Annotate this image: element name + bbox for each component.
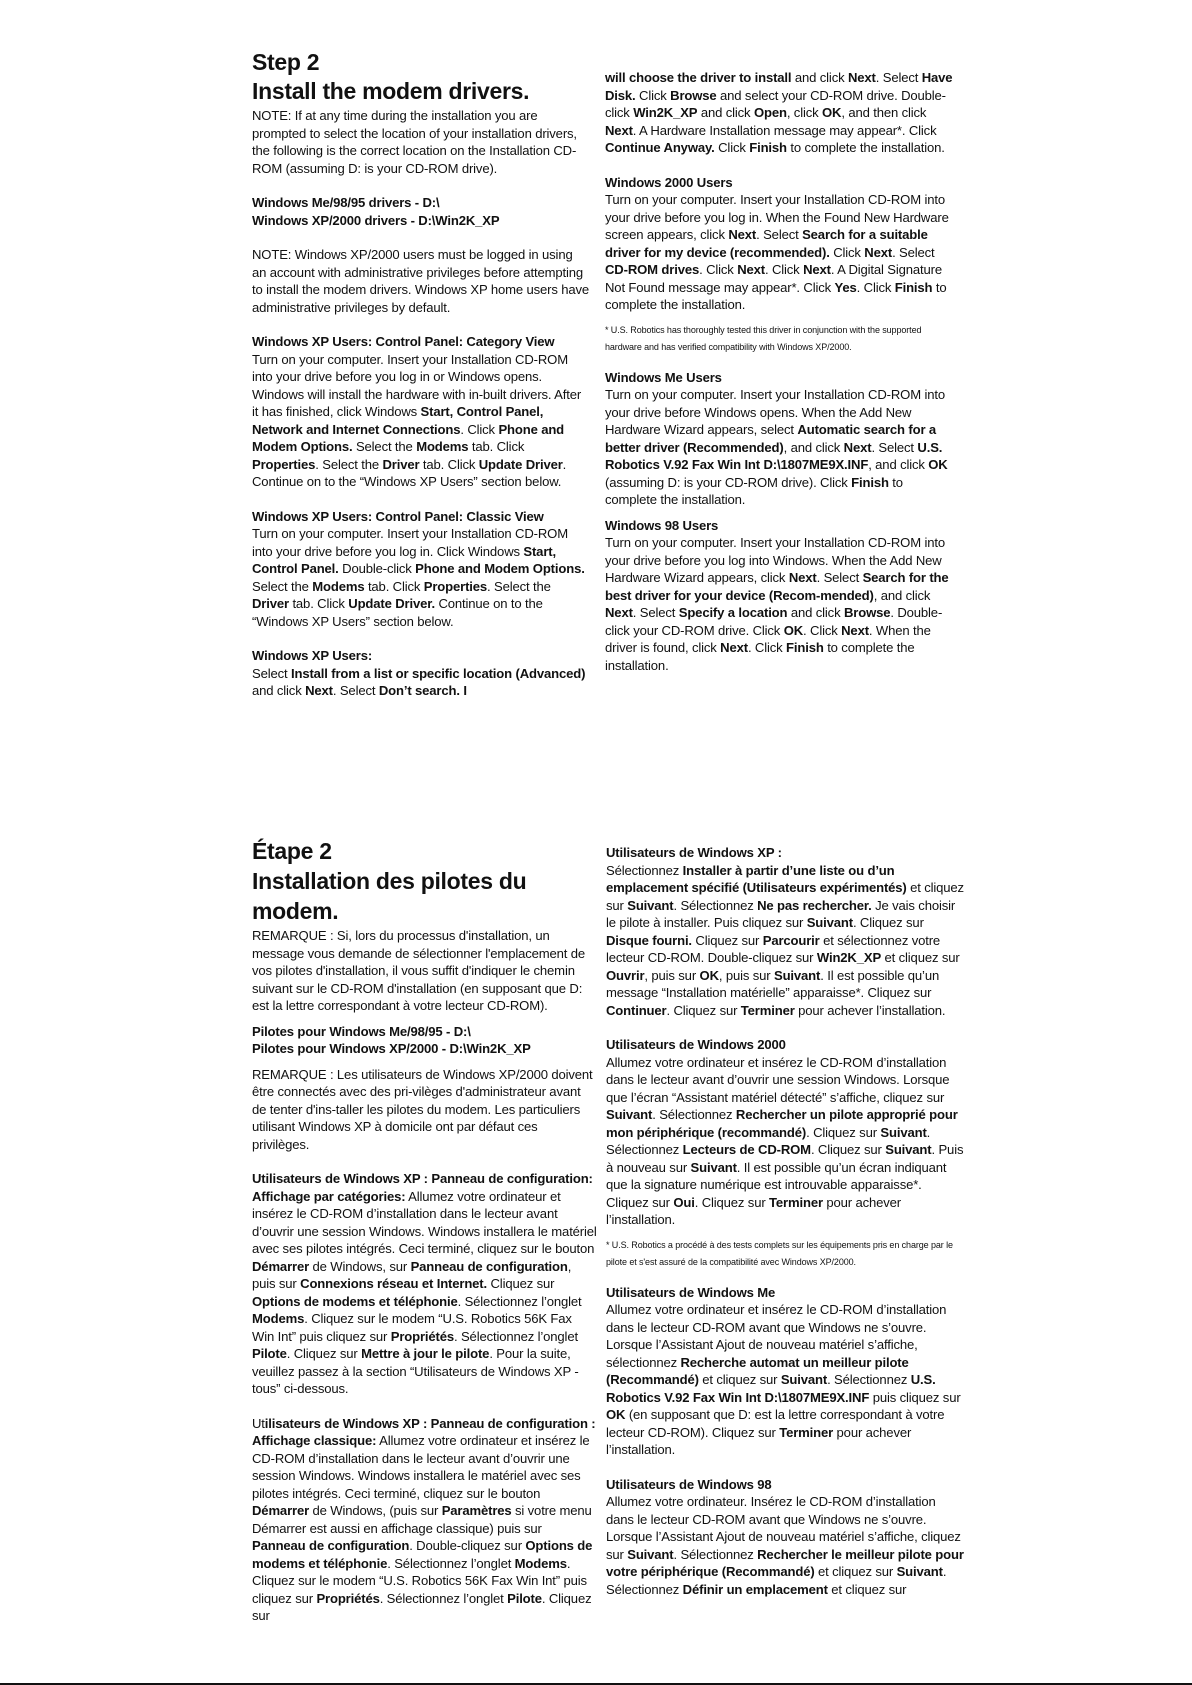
- instructions-xp-classic-view: Turn on your computer. Insert your Insta…: [252, 525, 590, 630]
- driver-path-xp-2000: Windows XP/2000 drivers - D:\Win2K_XP: [252, 212, 590, 230]
- step-heading: Step 2: [252, 48, 590, 77]
- driver-path-me-98-95: Windows Me/98/95 drivers - D:\: [252, 194, 590, 212]
- instructions-xp-classic-view-fr: Utilisateurs de Windows XP : Panneau de …: [252, 1415, 597, 1625]
- note-admin-privileges-fr: REMARQUE : Les utilisateurs de Windows X…: [252, 1066, 597, 1154]
- instructions-2000-users: Turn on your computer. Insert your Insta…: [605, 191, 957, 314]
- section-title-fr: Installation des pilotes du modem.: [252, 866, 597, 926]
- instructions-xp-category-view-fr: Utilisateurs de Windows XP : Panneau de …: [252, 1170, 597, 1398]
- note-install-location-fr: REMARQUE : Si, lors du processus d'insta…: [252, 927, 597, 1015]
- instructions-xp-category-view: Turn on your computer. Insert your Insta…: [252, 351, 590, 491]
- instructions-xp-users-fr: Sélectionnez Installer à partir d’une li…: [606, 862, 966, 1020]
- instructions-xp-users-continued: will choose the driver to install and cl…: [605, 69, 957, 157]
- heading-2000-users: Windows 2000 Users: [605, 174, 957, 192]
- french-right-column: Utilisateurs de Windows XP : Sélectionne…: [606, 844, 966, 1598]
- heading-xp-users-fr: Utilisateurs de Windows XP :: [606, 844, 966, 862]
- heading-me-users: Windows Me Users: [605, 369, 957, 387]
- instructions-98-users: Turn on your computer. Insert your Insta…: [605, 534, 957, 674]
- footnote-compatibility: * U.S. Robotics has thoroughly tested th…: [605, 322, 957, 356]
- note-install-location: NOTE: If at any time during the installa…: [252, 107, 590, 177]
- driver-path-xp-2000-fr: Pilotes pour Windows XP/2000 - D:\Win2K_…: [252, 1040, 597, 1058]
- heading-98-users-fr: Utilisateurs de Windows 98: [606, 1476, 966, 1494]
- instructions-2000-users-fr: Allumez votre ordinateur et insérez le C…: [606, 1054, 966, 1229]
- heading-me-users-fr: Utilisateurs de Windows Me: [606, 1284, 966, 1302]
- instructions-me-users: Turn on your computer. Insert your Insta…: [605, 386, 957, 509]
- heading-xp-category-view: Windows XP Users: Control Panel: Categor…: [252, 333, 590, 351]
- driver-path-me-98-95-fr: Pilotes pour Windows Me/98/95 - D:\: [252, 1023, 597, 1041]
- heading-98-users: Windows 98 Users: [605, 517, 957, 535]
- heading-2000-users-fr: Utilisateurs de Windows 2000: [606, 1036, 966, 1054]
- instructions-me-users-fr: Allumez votre ordinateur et insérez le C…: [606, 1301, 966, 1459]
- footnote-compatibility-fr: * U.S. Robotics a procédé à des tests co…: [606, 1237, 966, 1271]
- english-right-column: will choose the driver to install and cl…: [605, 69, 957, 674]
- instructions-98-users-fr: Allumez votre ordinateur. Insérez le CD-…: [606, 1493, 966, 1598]
- section-title: Install the modem drivers.: [252, 77, 590, 106]
- step-heading-fr: Étape 2: [252, 836, 597, 866]
- heading-xp-users: Windows XP Users:: [252, 647, 590, 665]
- instructions-xp-users: Select Install from a list or specific l…: [252, 665, 590, 700]
- heading-xp-classic-view: Windows XP Users: Control Panel: Classic…: [252, 508, 590, 526]
- english-left-column: Step 2 Install the modem drivers. NOTE: …: [252, 48, 590, 700]
- note-admin-privileges: NOTE: Windows XP/2000 users must be logg…: [252, 246, 590, 316]
- french-left-column: Étape 2 Installation des pilotes du mode…: [252, 836, 597, 1625]
